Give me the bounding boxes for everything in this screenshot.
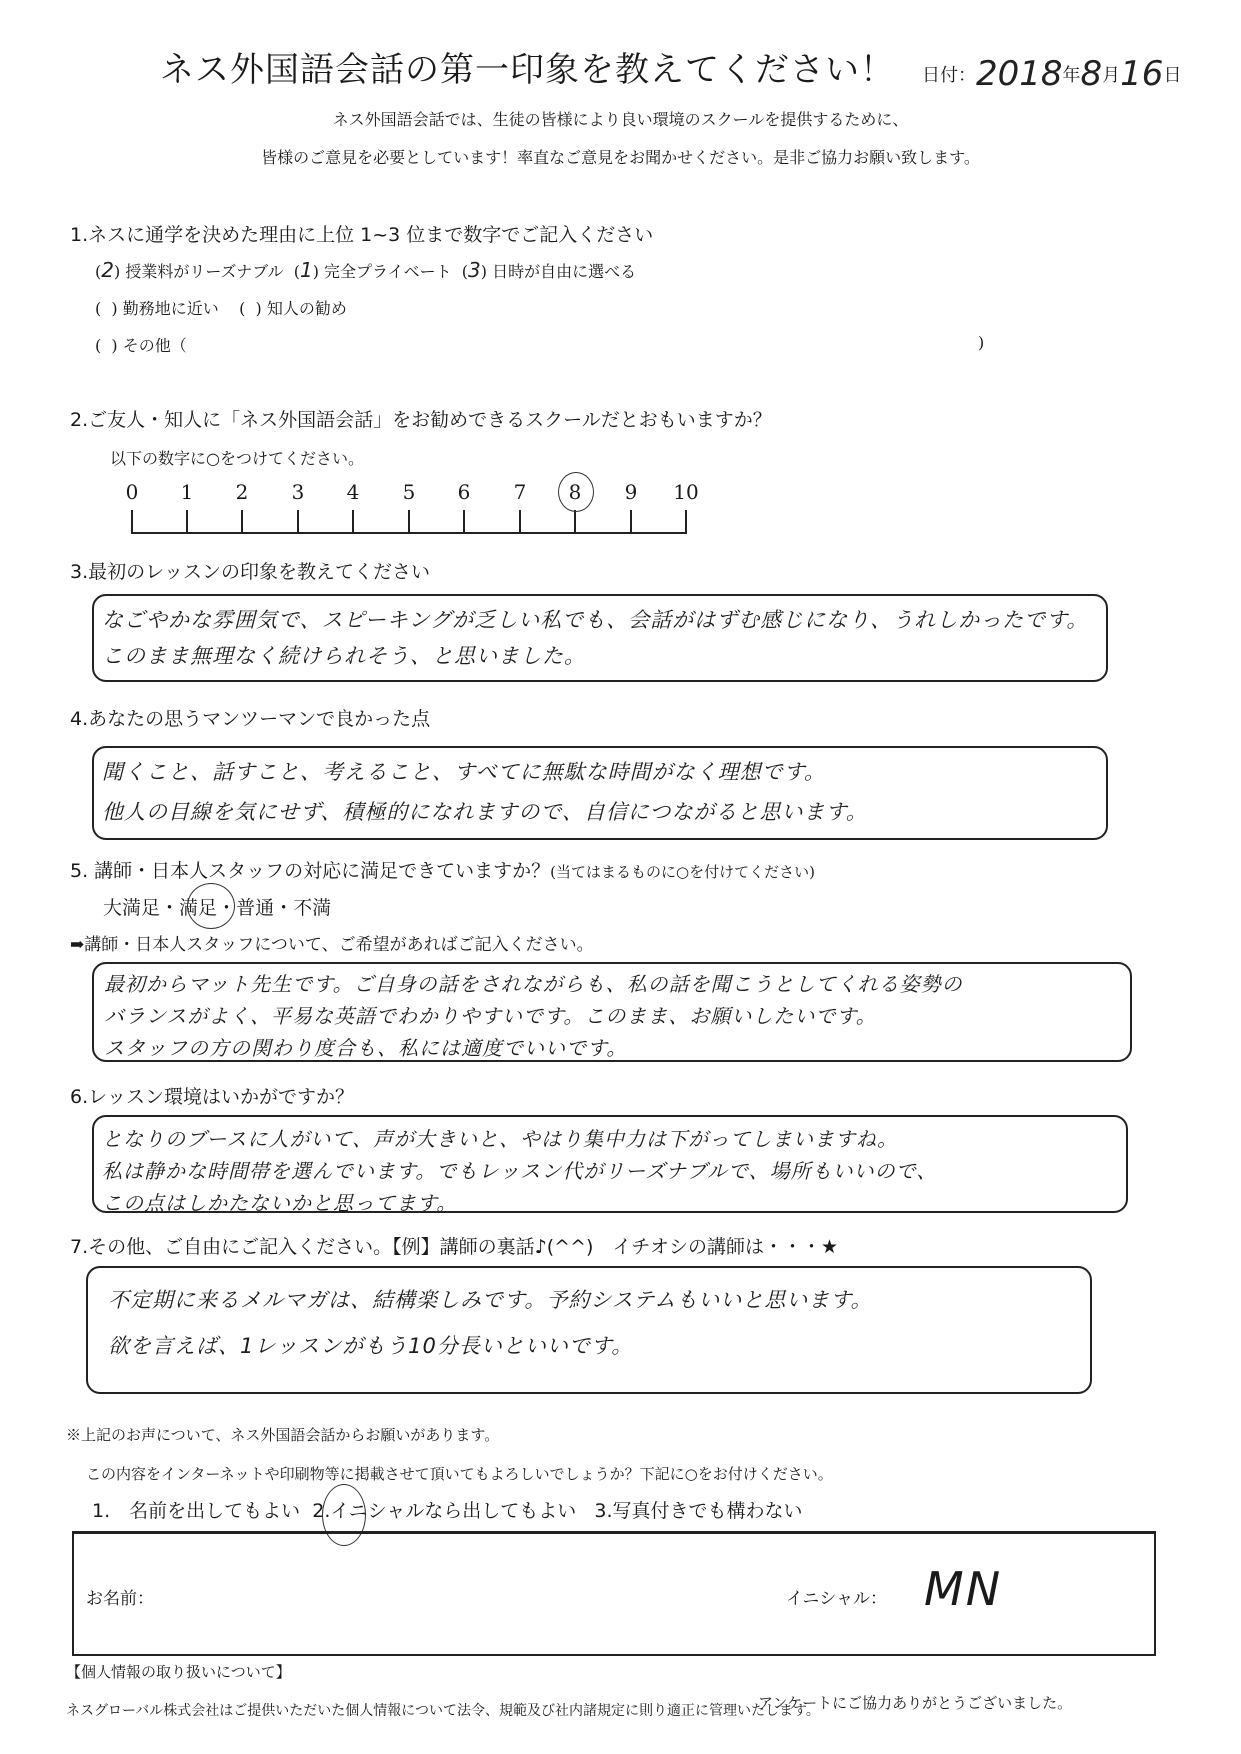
q1-title: 1.ネスに通学を決めた理由に上位 1~3 位まで数字でご記入ください — [70, 220, 653, 247]
date-day: 16 — [1120, 54, 1163, 94]
name-box: お名前： イニシャル： MN — [72, 1531, 1156, 1656]
q3-answer-line-1: なごやかな雰囲気で、スピーキングが乏しい私でも、会話がはずむ感じになり、うれしか… — [102, 604, 1088, 634]
q5-option-neutral[interactable]: 普通 — [236, 897, 274, 919]
q5-option-very-satisfied[interactable]: 大満足 — [103, 897, 160, 919]
q7-title: 7.その他、ご自由にご記入ください。【例】講師の裏話♪(^^) イチオシの講師は… — [70, 1232, 838, 1259]
q6-answer-line-3: この点はしかたないかと思ってます。 — [102, 1187, 457, 1216]
date-month-unit: 月 — [1102, 65, 1120, 86]
q5-title: 5. 講師・日本人スタッフの対応に満足できていますか？(当てはまるものに○を付け… — [70, 856, 815, 883]
consent-option-photo[interactable]: 3.写真付きでも構わない — [594, 1500, 802, 1522]
q7-answer-box[interactable]: 不定期に来るメルマガは、結構楽しみです。予約システムもいいと思います。 欲を言え… — [86, 1266, 1092, 1394]
q2-instruction: 以下の数字に○をつけてください。 — [110, 446, 364, 469]
q1-option-row-2: ( ) 勤務地に近い ( ) 知人の勧め — [95, 296, 347, 319]
q5-selected-circle — [187, 883, 235, 929]
q1-option-schedule[interactable]: (3) 日時が自由に選べる — [462, 262, 636, 281]
q3-answer-box[interactable]: なごやかな雰囲気で、スピーキングが乏しい私でも、会話がはずむ感じになり、うれしか… — [92, 594, 1108, 682]
consent-option-name[interactable]: 1. 名前を出してもよい — [92, 1500, 300, 1522]
date-field[interactable]: 日付：2018年8月16日 — [922, 50, 1181, 90]
page-title: ネス外国語会話の第一印象を教えてください！ — [160, 42, 895, 91]
date-year: 2018 — [976, 54, 1063, 94]
q1-option-near-work[interactable]: ( ) 勤務地に近い — [95, 299, 219, 318]
q6-answer-line-2: 私は静かな時間帯を選んでいます。でもレッスン代がリーズナブルで、場所もいいので、 — [102, 1155, 937, 1184]
privacy-text: ネスグローバル株式会社はご提供いただいた個人情報について法令、規範及び社内諸規定… — [66, 1700, 820, 1720]
date-month: 8 — [1081, 54, 1103, 94]
thanks-message: アンケートにご協力ありがとうございました。 — [758, 1692, 1072, 1713]
q5-option-dissatisfied[interactable]: 不満 — [293, 897, 331, 919]
intro-line-2: 皆様のご意見を必要としています！率直なご意見をお聞かせください。是非ご協力お願い… — [0, 145, 1241, 168]
privacy-title: 【個人情報の取り扱いについて】 — [66, 1661, 291, 1682]
q1-option-private[interactable]: (1) 完全プライベート — [294, 262, 452, 281]
date-year-unit: 年 — [1063, 65, 1081, 86]
q1-option-row-1: (2) 授業料がリーズナブル (1) 完全プライベート (3) 日時が自由に選べ… — [95, 258, 636, 282]
q4-title: 4.あなたの思うマンツーマンで良かった点 — [70, 704, 430, 731]
q4-answer-line-2: 他人の目線を気にせず、積極的になれますので、自信につながると思います。 — [102, 796, 868, 826]
q5-answer-box[interactable]: 最初からマット先生です。ご自身の話をされながらも、私の話を聞こうとしてくれる姿勢… — [92, 962, 1132, 1062]
date-day-unit: 日 — [1163, 65, 1181, 86]
q1-option-price[interactable]: (2) 授業料がリーズナブル — [95, 262, 284, 281]
q5-answer-line-3: スタッフの方の関わり度合も、私には適度でいいです。 — [104, 1032, 627, 1061]
q2-title: 2.ご友人・知人に「ネス外国語会話」をお勧めできるスクールだとおもいますか？ — [70, 405, 772, 432]
q5-answer-line-2: バランスがよく、平易な英語でわかりやすいです。このまま、お願いしたいです。 — [104, 1000, 877, 1029]
q1-other-close: ) — [978, 333, 984, 352]
q3-title: 3.最初のレッスンの印象を教えてください — [70, 557, 430, 584]
consent-options: 1. 名前を出してもよい 2.イニシャルなら出してもよい 3.写真付きでも構わな… — [92, 1496, 803, 1523]
q5-answer-line-1: 最初からマット先生です。ご自身の話をされながらも、私の話を聞こうとしてくれる姿勢… — [104, 968, 963, 997]
scale-baseline — [131, 532, 687, 534]
name-input[interactable] — [194, 1576, 694, 1610]
q6-answer-box[interactable]: となりのブースに人がいて、声が大きいと、やはり集中力は下がってしまいますね。 私… — [92, 1115, 1128, 1213]
q1-option-referral[interactable]: ( ) 知人の勧め — [239, 299, 347, 318]
consent-question: この内容をインターネットや印刷物等に掲載させて頂いてもよろしいでしょうか？下記に… — [86, 1463, 833, 1484]
initial-input[interactable]: MN — [924, 1562, 1002, 1616]
q4-answer-box[interactable]: 聞くこと、話すこと、考えること、すべてに無駄な時間がなく理想です。 他人の目線を… — [92, 746, 1108, 840]
consent-notice: ※上記のお声について、ネス外国語会話からお願いがあります。 — [66, 1424, 499, 1445]
q5-note: (当てはまるものに○を付けてください) — [550, 863, 815, 881]
date-label: 日付： — [922, 65, 976, 86]
selected-circle — [558, 472, 594, 512]
q6-answer-line-1: となりのブースに人がいて、声が大きいと、やはり集中力は下がってしまいますね。 — [102, 1123, 898, 1152]
q6-title: 6.レッスン環境はいかがですか？ — [70, 1082, 354, 1109]
q7-answer-line-2: 欲を言えば、1レッスンがもう10分長いといいです。 — [108, 1330, 633, 1360]
initial-label: イニシャル： — [786, 1584, 887, 1609]
q4-answer-line-1: 聞くこと、話すこと、考えること、すべてに無駄な時間がなく理想です。 — [102, 756, 826, 786]
q1-option-other[interactable]: ( ) その他（ — [95, 333, 187, 356]
q5-sub-title: ➡講師・日本人スタッフについて、ご希望があればご記入ください。 — [70, 930, 594, 955]
q7-answer-line-1: 不定期に来るメルマガは、結構楽しみです。予約システムもいいと思います。 — [108, 1284, 873, 1314]
intro-line-1: ネス外国語会話では、生徒の皆様により良い環境のスクールを提供するために、 — [0, 107, 1241, 130]
name-label: お名前： — [86, 1584, 154, 1609]
q3-answer-line-2: このまま無理なく続けられそう、と思いました。 — [102, 640, 586, 670]
